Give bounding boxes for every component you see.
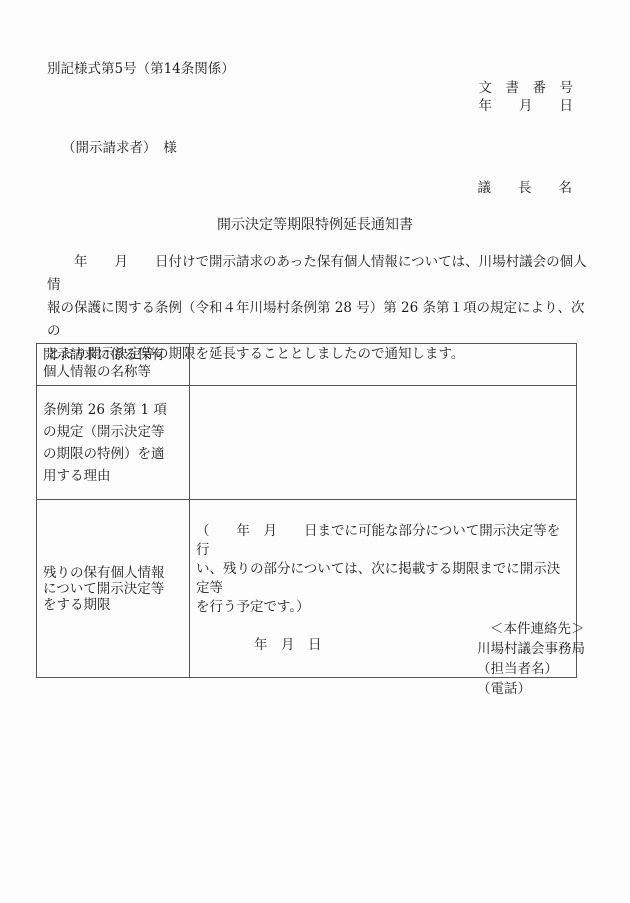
row-value-name: [190, 344, 577, 386]
document-number-block: 文 書 番 号 年 月 日: [479, 79, 574, 115]
date-placeholder: 年 月 日: [479, 97, 574, 115]
table-row-reason: 条例第 26 条第 1 項 の規定（開示決定等 の期限の特例）を適 用する理由: [37, 386, 577, 500]
contact-person: （担当者名）: [477, 659, 585, 679]
document-page: 別記様式第5号（第14条関係） 文 書 番 号 年 月 日 （開示請求者） 様 …: [0, 0, 630, 903]
row-label-name: 開示請求に係る保有 個人情報の名称等: [37, 344, 190, 386]
document-number-placeholder: 文 書 番 号: [479, 79, 574, 97]
contact-block: ＜本件連絡先＞ 川場村議会事務局 （担当者名） （電話）: [477, 619, 585, 699]
table-row-name: 開示請求に係る保有 個人情報の名称等: [37, 344, 577, 386]
row-label-deadline: 残りの保有個人情報 について開示決定等 をする期限: [37, 500, 190, 678]
addressee: （開示請求者） 様: [62, 136, 177, 156]
contact-header: ＜本件連絡先＞: [477, 619, 585, 639]
contact-org: 川場村議会事務局: [477, 639, 585, 659]
form-number: 別記様式第5号（第14条関係）: [47, 57, 235, 77]
contact-phone: （電話）: [477, 679, 585, 699]
document-title: 開示決定等期限特例延長通知書: [0, 214, 630, 234]
row-label-reason: 条例第 26 条第 1 項 の規定（開示決定等 の期限の特例）を適 用する理由: [37, 386, 190, 500]
row-value-reason: [190, 386, 577, 500]
deadline-note: （ 年 月 日までに可能な部分について開示決定等を行 い、残りの部分については、…: [196, 522, 570, 617]
signer-name: 議 長 名: [478, 176, 573, 196]
